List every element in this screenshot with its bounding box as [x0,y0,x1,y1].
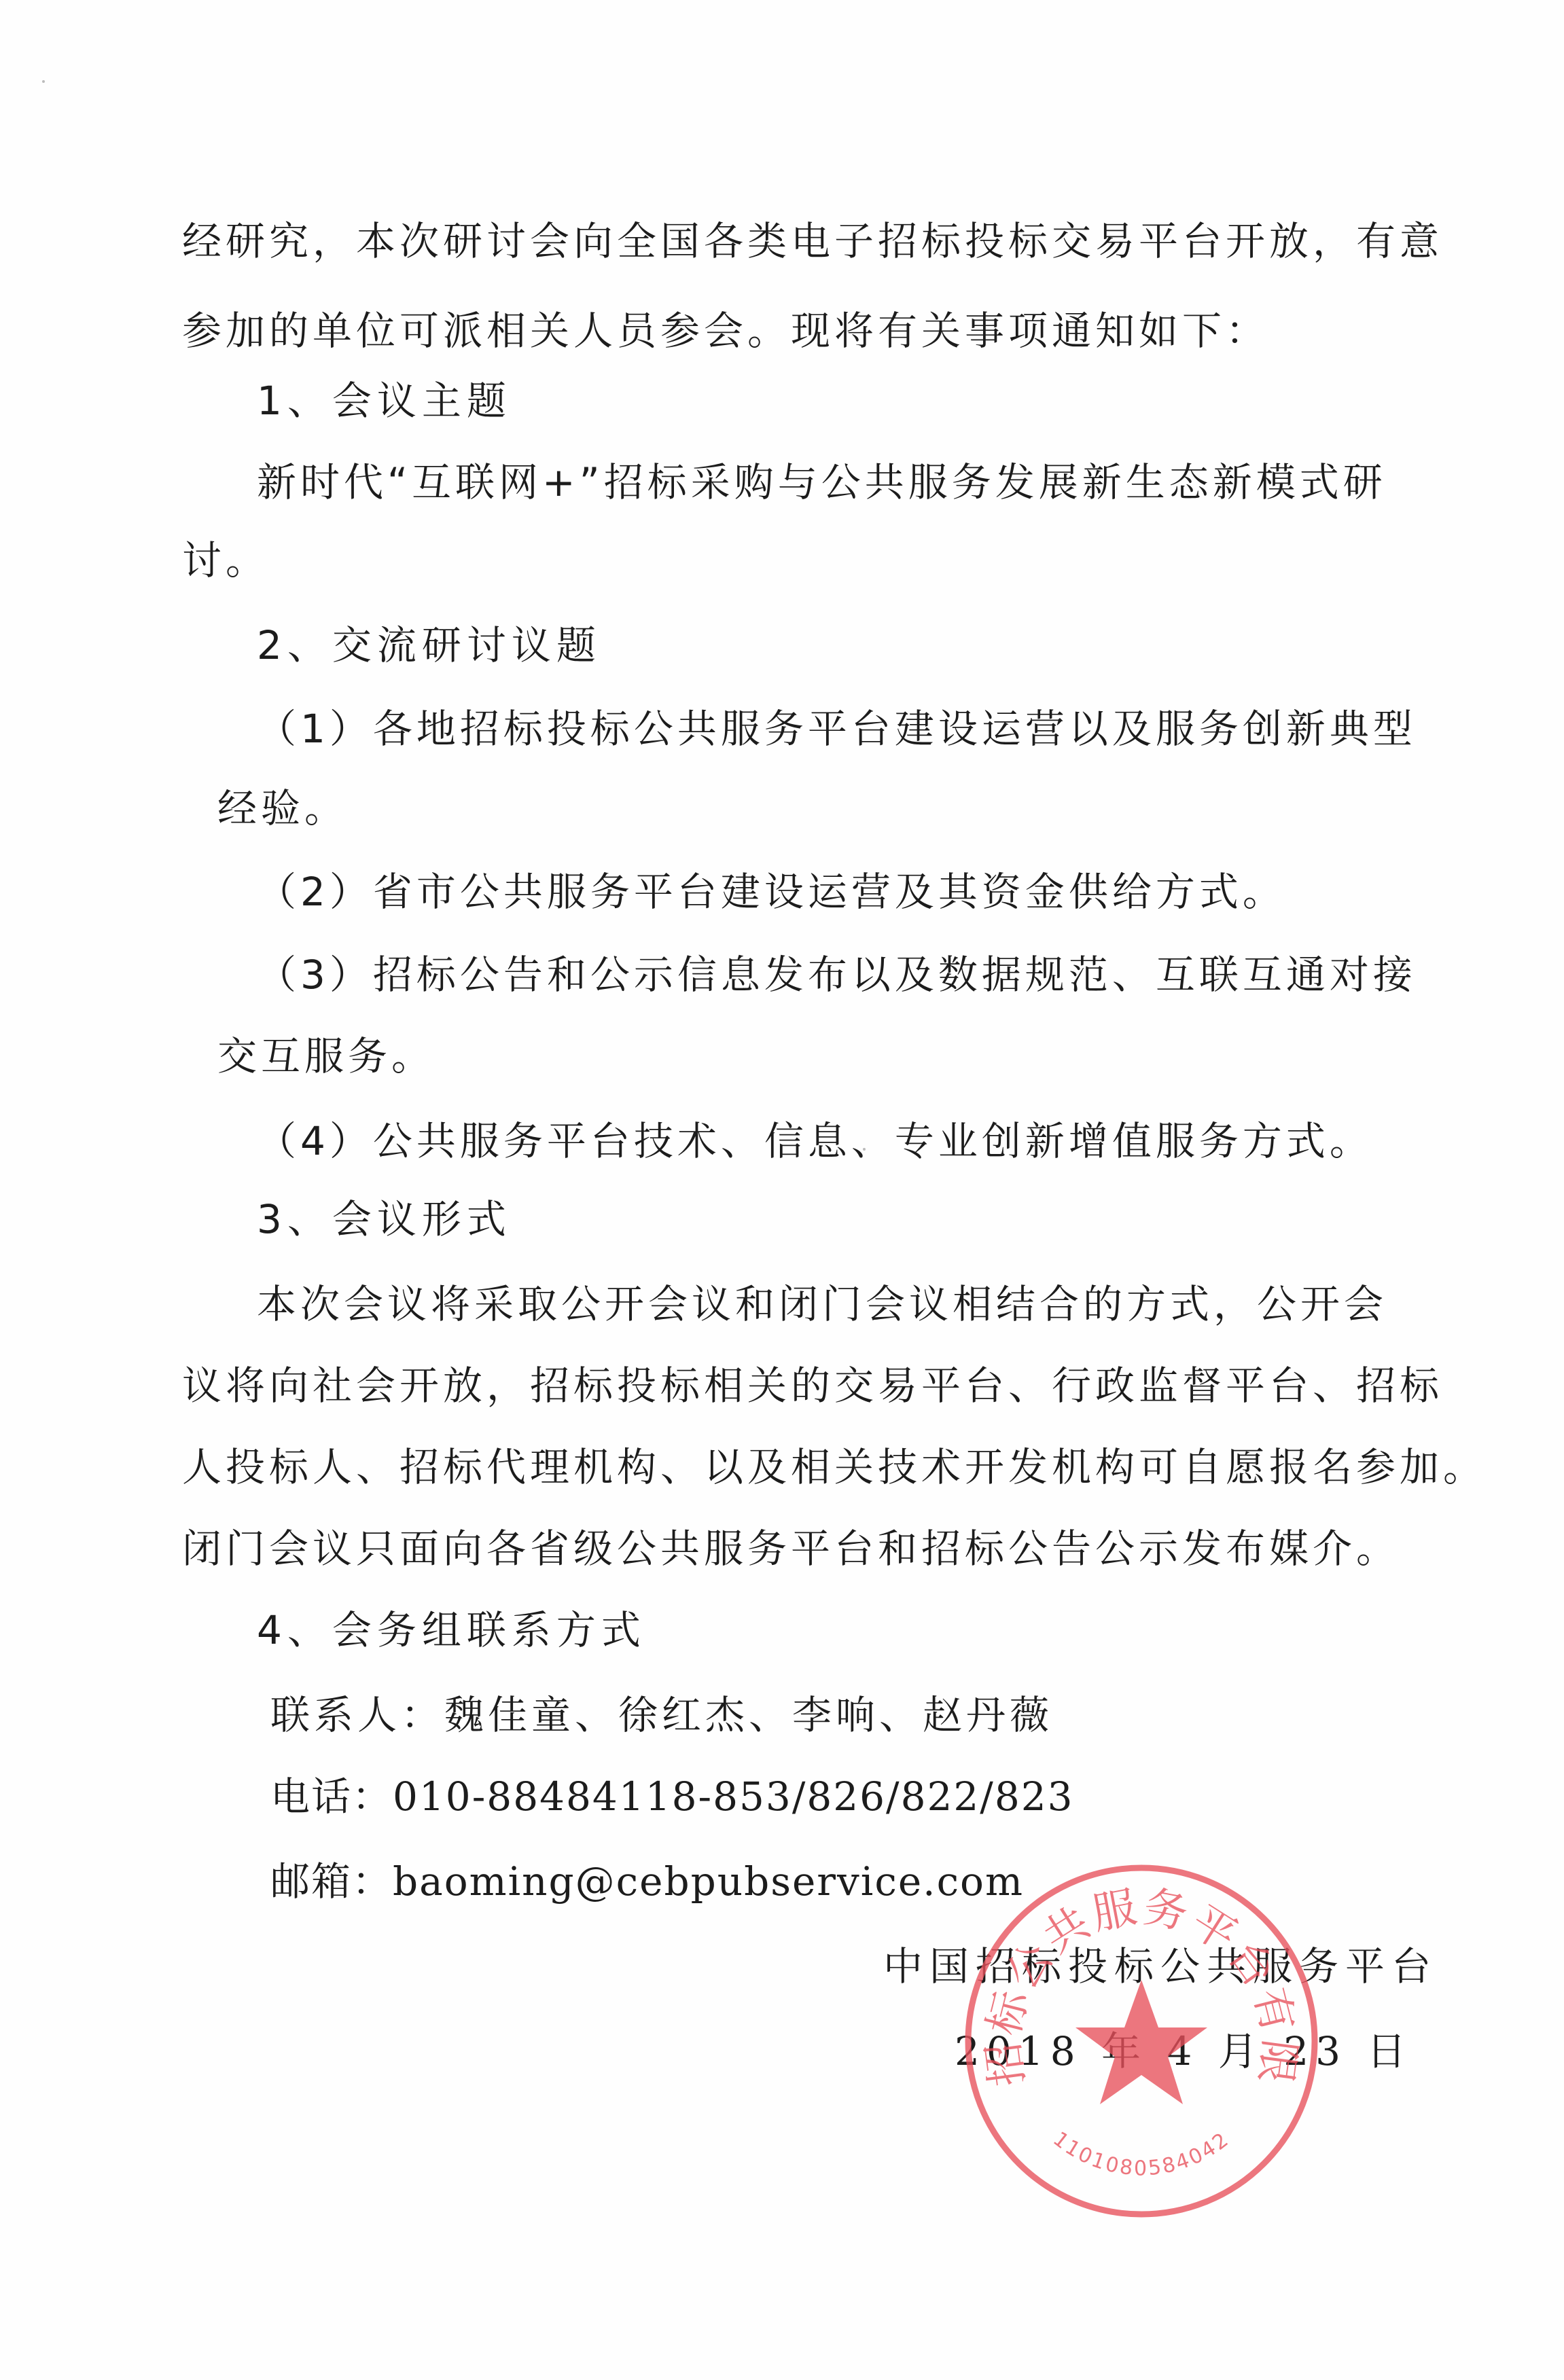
signature-organization: 中国招标投标公共服务平台 [883,1943,1438,1990]
section-3-heading: 3、会议形式 [257,1195,512,1243]
section-2-heading: 2、交流研讨议题 [257,621,601,669]
section-1-heading: 1、会议主题 [257,377,512,425]
svg-text:1101080584042: 1101080584042 [1048,2127,1234,2181]
seal-number: 1101080584042 [1048,2127,1234,2181]
scan-speck [863,1148,866,1151]
section-3-line-2: 议将向社会开放，招标投标相关的交易平台、行政监督平台、招标 [182,1362,1443,1409]
intro-line-2: 参加的单位可派相关人员参会。现将有关事项通知如下： [182,307,1269,355]
contact-email[interactable]: 邮箱：baoming@cebpubservice.com [270,1858,1024,1905]
section-3-line-4: 闭门会议只面向各省级公共服务平台和招标公告公示发布媒介。 [182,1525,1400,1572]
intro-line-1: 经研究，本次研讨会向全国各类电子招标投标交易平台开放，有意 [182,217,1443,265]
section-3-line-3: 人投标人、招标代理机构、以及相关技术开发机构可自愿报名参加。 [182,1443,1487,1491]
topic-1-line-1: （1）各地招标投标公共服务平台建设运营以及服务创新典型 [257,705,1417,753]
section-1-line-2: 讨。 [182,537,269,584]
contact-people: 联系人：魏佳童、徐红杰、李响、赵丹薇 [270,1691,1053,1739]
topic-4-line-1: （4）公共服务平台技术、信息、专业创新增值服务方式。 [257,1117,1373,1165]
topic-3-line-2: 交互服务。 [217,1032,435,1080]
section-3-line-1: 本次会议将采取公开会议和闭门会议相结合的方式，公开会 [257,1280,1387,1328]
topic-3-line-1: （3）招标公告和公示信息发布以及数据规范、互联互通对接 [257,951,1417,998]
scan-speck [42,80,45,83]
section-4-heading: 4、会务组联系方式 [257,1606,646,1654]
topic-2-line-1: （2）省市公共服务平台建设运营及其资金供给方式。 [257,868,1286,916]
section-1-line-1: 新时代“互联网+”招标采购与公共服务发展新生态新模式研 [257,458,1387,506]
topic-1-line-2: 经验。 [217,785,348,832]
document-page: 经研究，本次研讨会向全国各类电子招标投标交易平台开放，有意 参加的单位可派相关人… [0,0,1564,2380]
signature-date: 2018 年 4 月 23 日 [955,2027,1413,2075]
contact-phone: 电话：010-88484118-853/826/822/823 [270,1773,1074,1820]
